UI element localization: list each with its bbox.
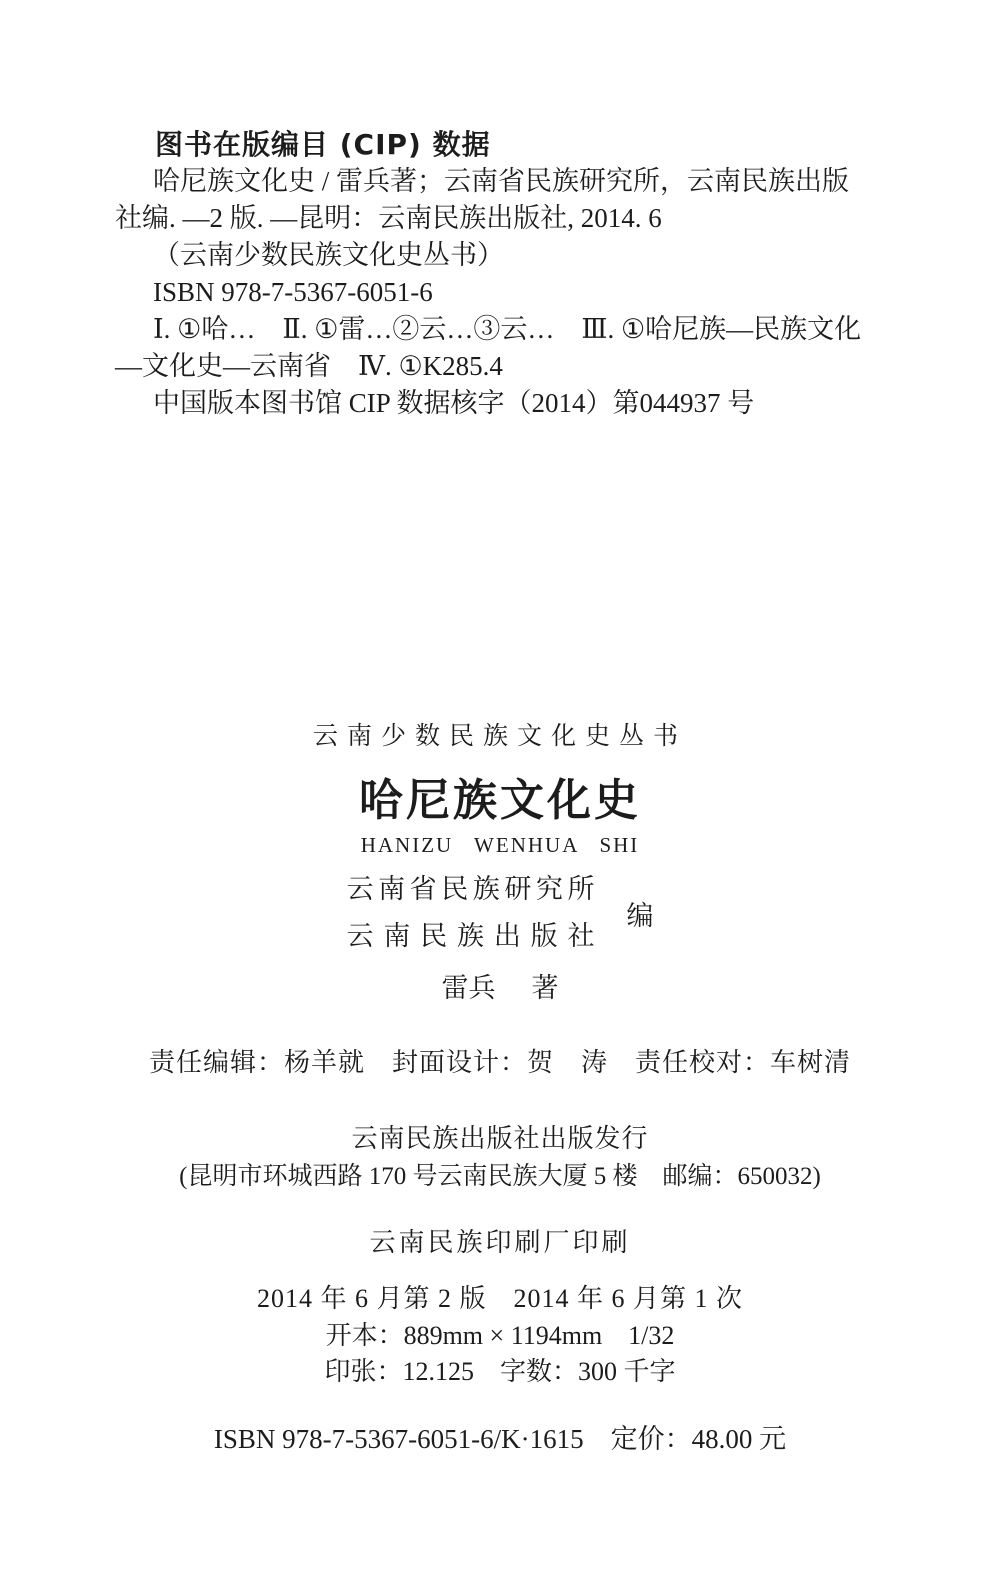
publisher-address: (昆明市环城西路 170 号云南民族大厦 5 楼 邮编：650032) [0,1156,1000,1192]
edition-line: 2014 年 6 月第 2 版 2014 年 6 月第 1 次 [0,1278,1000,1315]
cip-isbn: ISBN 978-7-5367-6051-6 [115,274,915,311]
author-name: 雷兵 [442,973,496,1003]
series-title: 云南少数民族文化史丛书 [0,716,1000,752]
cip-header: 图书在版编目 (CIP) 数据 [115,126,915,163]
editor-role-label: 编 [627,894,654,933]
editor-organizations: 云南省民族研究所 云南民族出版社 [347,866,595,960]
publisher-line: 云南民族出版社出版发行 [0,1118,1000,1155]
cip-classification-line1: Ⅰ. ①哈… Ⅱ. ①雷…②云…③云… Ⅲ. ①哈尼族—民族文化 [115,311,915,348]
credits-line: 责任编辑：杨羊就 封面设计：贺 涛 责任校对：车树清 [0,1042,1000,1079]
editors-group: 云南省民族研究所 云南民族出版社 编 [0,866,1000,960]
author-role-label: 著 [532,973,559,1003]
editor-org-2: 云南民族出版社 [347,913,595,960]
author-line: 雷兵著 [0,966,1000,1005]
cip-block: 图书在版编目 (CIP) 数据 哈尼族文化史 / 雷兵著；云南省民族研究所，云南… [115,126,915,422]
isbn-price-line: ISBN 978-7-5367-6051-6/K·1615 定价：48.00 元 [0,1417,1000,1456]
cip-series-note: （云南少数民族文化史丛书） [115,237,915,274]
book-title-pinyin: HANIZU WENHUA SHI [0,833,1000,858]
format-line: 开本：889mm × 1194mm 1/32 [0,1315,1000,1352]
sheets-wordcount-line: 印张：12.125 字数：300 千字 [0,1351,1000,1388]
cip-record-number: 中国版本图书馆 CIP 数据核字（2014）第044937 号 [115,385,915,422]
cip-entry-line1: 哈尼族文化史 / 雷兵著；云南省民族研究所，云南民族出版 [115,163,915,200]
printer-line: 云南民族印刷厂印刷 [0,1222,1000,1259]
book-title: 哈尼族文化史 [0,764,1000,828]
copyright-page: 图书在版编目 (CIP) 数据 哈尼族文化史 / 雷兵著；云南省民族研究所，云南… [0,0,1000,1589]
cip-entry-line2: 社编. —2 版. —昆明：云南民族出版社, 2014. 6 [115,200,915,237]
editor-org-1: 云南省民族研究所 [347,866,595,913]
cip-classification-line2: —文化史—云南省 Ⅳ. ①K285.4 [115,348,915,385]
